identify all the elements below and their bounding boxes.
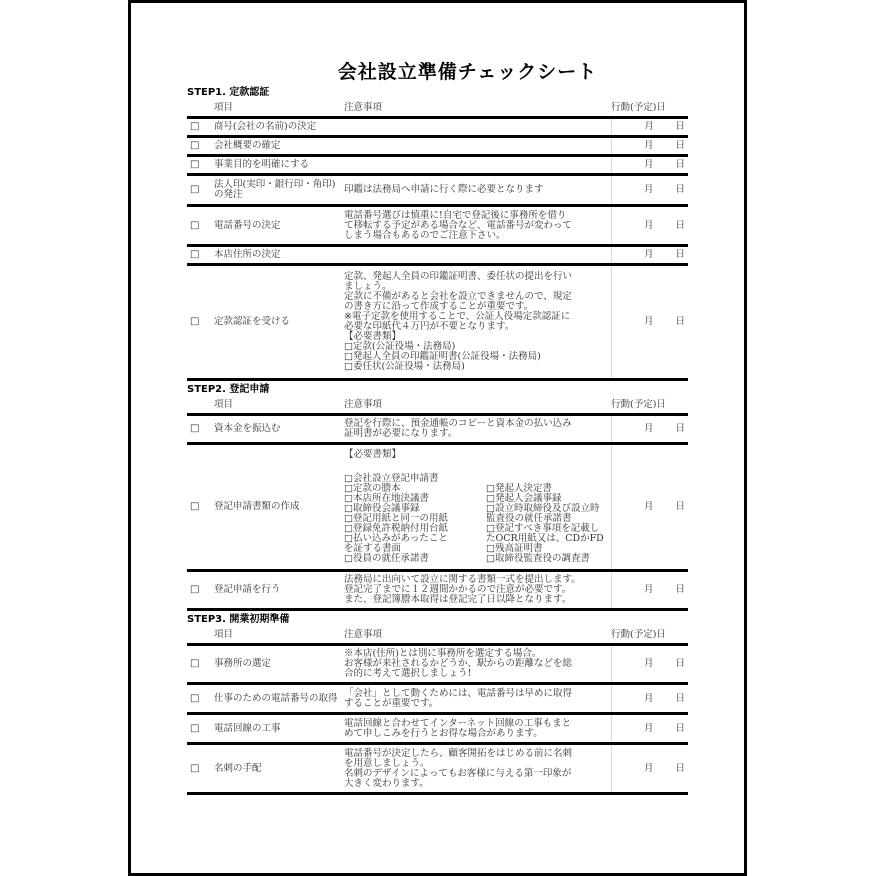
month-label: 月 <box>644 424 654 434</box>
item-label: 資本金を振込む <box>214 422 344 436</box>
step-title: STEP2. 登記申請 <box>187 383 688 397</box>
column-note: 注意事項 <box>317 627 611 643</box>
item-note <box>344 252 611 258</box>
day-label: 日 <box>675 659 685 669</box>
date-field[interactable]: 月日 <box>611 119 688 135</box>
checkbox[interactable]: □ <box>187 659 214 669</box>
column-note: 注意事項 <box>317 100 611 116</box>
item-note: 【必要書類】 □会社設立登記申請書 □定款の謄本 □本店所在地決議書 □取締役会… <box>344 437 611 577</box>
item-note: ※本店(住所)とは別に事務所を選定する場合。 お客様が来社されるかどうか、駅から… <box>344 646 611 682</box>
month-label: 月 <box>644 160 654 170</box>
date-field[interactable]: 月日 <box>611 176 688 204</box>
checkbox[interactable]: □ <box>187 250 214 260</box>
month-label: 月 <box>644 659 654 669</box>
checklist-sheet: 会社設立準備チェックシート STEP1. 定款認証 項目 注意事項 行動(予定)… <box>187 58 688 795</box>
item-label: 定款認証を受ける <box>214 315 344 329</box>
day-label: 日 <box>675 185 685 195</box>
day-label: 日 <box>675 502 685 512</box>
column-item: 項目 <box>187 627 317 643</box>
date-field[interactable]: 月日 <box>611 572 688 608</box>
step-section-3: STEP3. 開業初期準備 項目 注意事項 行動(予定)日 □ 事務所の選定 ※… <box>187 613 688 795</box>
month-label: 月 <box>644 764 654 774</box>
item-note: 電話番号が決定したら、顧客開拓をはじめる前に名刺 を用意しましょう。 名刺のデザ… <box>344 746 611 792</box>
column-header: 項目 注意事項 行動(予定)日 <box>187 100 688 119</box>
required-docs-left: □会社設立登記申請書 □定款の謄本 □本店所在地決議書 □取締役会議事録 □登記… <box>344 474 482 564</box>
column-date: 行動(予定)日 <box>611 397 688 413</box>
checklist-row: □ 登記申請を行う 法務局に出向いて設立に関する書類一式を提出します。 登記完了… <box>187 572 688 611</box>
checklist-row: □ 登記申請書類の作成 【必要書類】 □会社設立登記申請書 □定款の謄本 □本店… <box>187 445 688 572</box>
date-field[interactable]: 月日 <box>611 646 688 682</box>
column-date: 行動(予定)日 <box>611 627 688 643</box>
day-label: 日 <box>675 424 685 434</box>
item-note: 電話回線と合わせてインターネット回線の工事もまと めて申しこみを行うとお得な場合… <box>344 716 611 742</box>
day-label: 日 <box>675 250 685 260</box>
date-field[interactable]: 月日 <box>611 247 688 263</box>
month-label: 月 <box>644 141 654 151</box>
checkbox[interactable]: □ <box>187 221 214 231</box>
day-label: 日 <box>675 585 685 595</box>
item-label: 法人印(実印・銀行印・角印)の発注 <box>214 178 344 202</box>
month-label: 月 <box>644 724 654 734</box>
date-field[interactable]: 月日 <box>611 715 688 742</box>
item-label: 登記申請を行う <box>214 583 344 597</box>
day-label: 日 <box>675 122 685 132</box>
item-label: 電話番号の決定 <box>214 219 344 233</box>
checklist-row: □ 本店住所の決定 月日 <box>187 247 688 266</box>
checkbox[interactable]: □ <box>187 160 214 170</box>
checklist-row: □ 事務所の選定 ※本店(住所)とは別に事務所を選定する場合。 お客様が来社され… <box>187 646 688 685</box>
checkbox[interactable]: □ <box>187 141 214 151</box>
day-label: 日 <box>675 221 685 231</box>
item-note: 定款、発起人全員の印鑑証明書、委任状の提出を行い ましょう。 定款に不備があると… <box>344 269 611 375</box>
checkbox[interactable]: □ <box>187 122 214 132</box>
checklist-row: □ 法人印(実印・銀行印・角印)の発注 印鑑は法務局へ申請に行く際に必要となりま… <box>187 176 688 207</box>
item-label: 事務所の選定 <box>214 657 344 671</box>
date-field[interactable]: 月日 <box>611 138 688 154</box>
checklist-row: □ 名刺の手配 電話番号が決定したら、顧客開拓をはじめる前に名刺 を用意しましょ… <box>187 745 688 795</box>
step-title: STEP3. 開業初期準備 <box>187 613 688 627</box>
item-label: 会社概要の確定 <box>214 139 344 153</box>
date-field[interactable]: 月日 <box>611 416 688 442</box>
required-docs-heading: 【必要書類】 <box>344 450 611 460</box>
step-section-1: STEP1. 定款認証 項目 注意事項 行動(予定)日 □ 商号(会社の名前)の… <box>187 86 688 381</box>
date-field[interactable]: 月日 <box>611 157 688 173</box>
checklist-row: □ 会社概要の確定 月日 <box>187 138 688 157</box>
month-label: 月 <box>644 694 654 704</box>
item-label: 仕事のための電話番号の取得 <box>214 692 344 706</box>
day-label: 日 <box>675 764 685 774</box>
item-label: 名刺の手配 <box>214 762 344 776</box>
day-label: 日 <box>675 160 685 170</box>
checklist-row: □ 電話回線の工事 電話回線と合わせてインターネット回線の工事もまと めて申しこ… <box>187 715 688 745</box>
checklist-row: □ 商号(会社の名前)の決定 月日 <box>187 119 688 138</box>
month-label: 月 <box>644 502 654 512</box>
checkbox[interactable]: □ <box>187 724 214 734</box>
month-label: 月 <box>644 221 654 231</box>
item-label: 登記申請書類の作成 <box>214 500 344 514</box>
date-field[interactable]: 月日 <box>611 745 688 792</box>
month-label: 月 <box>644 585 654 595</box>
date-field[interactable]: 月日 <box>611 207 688 244</box>
column-header: 項目 注意事項 行動(予定)日 <box>187 397 688 416</box>
checklist-row: □ 仕事のための電話番号の取得 「会社」として動くためには、電話番号は早めに取得… <box>187 685 688 715</box>
checkbox[interactable]: □ <box>187 694 214 704</box>
item-note: 電話番号選びは慎重に!自宅で登記後に事務所を借り て移転する予定がある場合など、… <box>344 208 611 244</box>
day-label: 日 <box>675 317 685 327</box>
item-label: 電話回線の工事 <box>214 722 344 736</box>
checkbox[interactable]: □ <box>187 424 214 434</box>
item-label: 事業目的を明確にする <box>214 158 344 172</box>
column-header: 項目 注意事項 行動(予定)日 <box>187 627 688 646</box>
month-label: 月 <box>644 250 654 260</box>
item-note <box>344 143 611 149</box>
checkbox[interactable]: □ <box>187 502 214 512</box>
column-date: 行動(予定)日 <box>611 100 688 116</box>
month-label: 月 <box>644 122 654 132</box>
checkbox[interactable]: □ <box>187 585 214 595</box>
required-docs-right: □発起人決定書 □発起人会議事録 □設立時取締役及び設立時 監査役の就任承諾書 … <box>486 484 604 564</box>
checklist-row: □ 電話番号の決定 電話番号選びは慎重に!自宅で登記後に事務所を借り て移転する… <box>187 207 688 247</box>
column-note: 注意事項 <box>317 397 611 413</box>
column-item: 項目 <box>187 100 317 116</box>
month-label: 月 <box>644 185 654 195</box>
date-field[interactable]: 月日 <box>611 685 688 712</box>
item-label: 商号(会社の名前)の決定 <box>214 120 611 134</box>
date-field[interactable]: 月日 <box>611 445 688 569</box>
date-field[interactable]: 月日 <box>611 266 688 378</box>
step-title: STEP1. 定款認証 <box>187 86 688 100</box>
item-note: 印鑑は法務局へ申請に行く際に必要となります <box>344 182 611 198</box>
item-note: 法務局に出向いて設立に関する書類一式を提出します。 登記完了までに１２週間かかる… <box>344 572 611 608</box>
item-note <box>344 162 611 168</box>
day-label: 日 <box>675 141 685 151</box>
item-label: 本店住所の決定 <box>214 248 344 262</box>
checkbox[interactable]: □ <box>187 185 214 195</box>
day-label: 日 <box>675 724 685 734</box>
month-label: 月 <box>644 317 654 327</box>
day-label: 日 <box>675 694 685 704</box>
page-title: 会社設立準備チェックシート <box>247 58 688 86</box>
column-item: 項目 <box>187 397 317 413</box>
step-section-2: STEP2. 登記申請 項目 注意事項 行動(予定)日 □ 資本金を振込む 登記… <box>187 383 688 611</box>
checklist-row: □ 定款認証を受ける 定款、発起人全員の印鑑証明書、委任状の提出を行い ましょう… <box>187 266 688 381</box>
required-docs-list: □会社設立登記申請書 □定款の謄本 □本店所在地決議書 □取締役会議事録 □登記… <box>344 474 611 564</box>
checkbox[interactable]: □ <box>187 317 214 327</box>
item-note: 「会社」として動くためには、電話番号は早めに取得 することが重要です。 <box>344 686 611 712</box>
checkbox[interactable]: □ <box>187 764 214 774</box>
checklist-row: □ 事業目的を明確にする 月日 <box>187 157 688 176</box>
